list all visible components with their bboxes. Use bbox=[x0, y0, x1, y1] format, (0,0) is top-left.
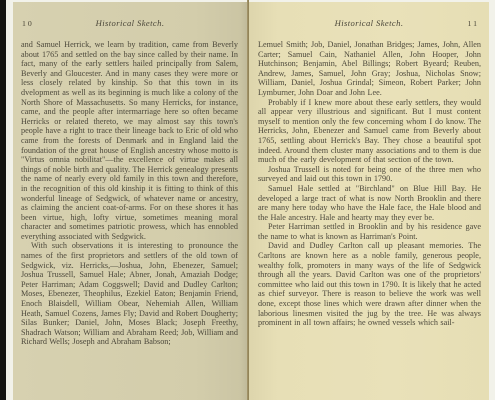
page-left: 10 Historical Sketch. and Samuel Herrick… bbox=[13, 2, 247, 400]
running-header-right: Historical Sketch. bbox=[249, 18, 489, 28]
book-spine-edge bbox=[0, 0, 6, 400]
paragraph: Joshua Trussell is noted for being one o… bbox=[258, 165, 481, 184]
paragraph: Probably if I knew more about these earl… bbox=[258, 98, 481, 165]
paragraph: With such observations it is interesting… bbox=[21, 241, 238, 347]
page-left-header: 10 Historical Sketch. bbox=[13, 18, 247, 29]
paragraph: Lemuel Smith; Job, Daniel, Jonathan Brid… bbox=[258, 40, 481, 98]
page-right-text: Lemuel Smith; Job, Daniel, Jonathan Brid… bbox=[249, 40, 489, 328]
page-number-right: 11 bbox=[467, 19, 479, 28]
running-header-left: Historical Sketch. bbox=[13, 18, 247, 28]
paragraph: Peter Harriman settled in Brooklin and b… bbox=[258, 222, 481, 241]
page-right: Historical Sketch. 11 Lemuel Smith; Job,… bbox=[249, 2, 489, 400]
paragraph: and Samuel Herrick, we learn by traditio… bbox=[21, 40, 238, 241]
page-right-header: Historical Sketch. 11 bbox=[249, 18, 489, 29]
paragraph: Samuel Hale settled at "Birchland" on Bl… bbox=[258, 184, 481, 222]
paragraph: David and Dudley Carlton call up pleasan… bbox=[258, 241, 481, 327]
page-left-text: and Samuel Herrick, we learn by traditio… bbox=[13, 40, 247, 347]
